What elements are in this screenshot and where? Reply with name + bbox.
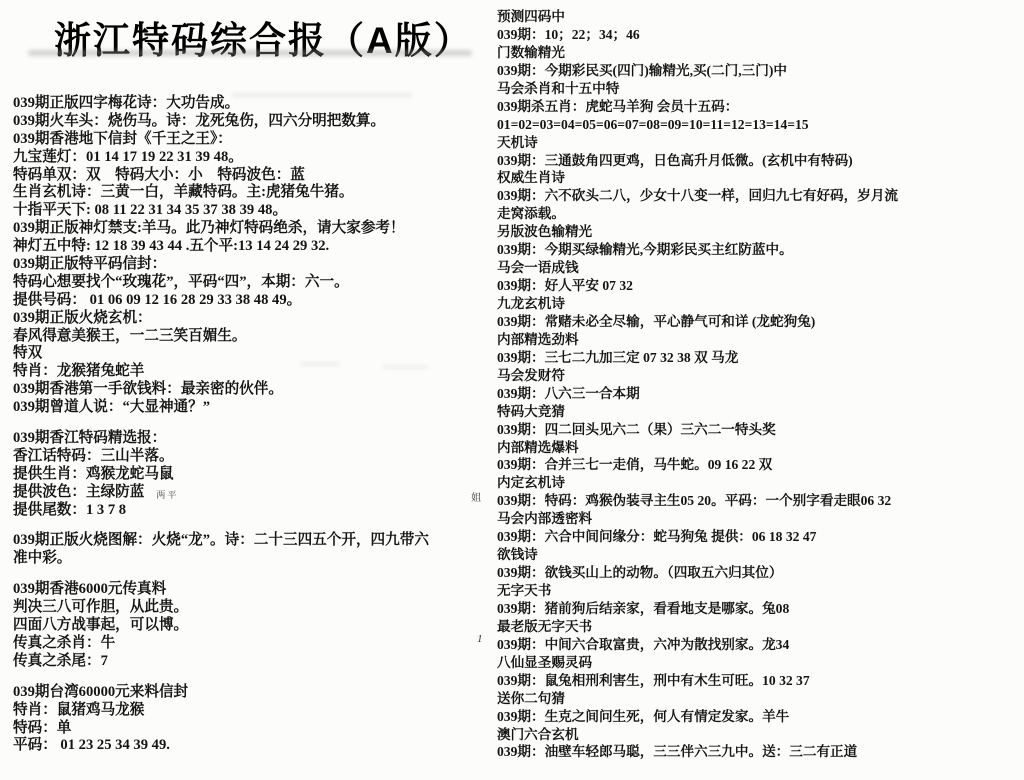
- text-line: 039期：三七二九加三定 07 32 38 双 马龙: [497, 349, 1021, 367]
- text-line: 权威生肖诗: [497, 169, 1021, 187]
- text-line: 039期：中间六合取富贵，六冲为散找别家。龙34: [497, 636, 1021, 654]
- text-line: 四面八方战事起，可以博。: [13, 617, 509, 635]
- text-line: 特肖：龙猴猪兔蛇羊: [13, 363, 509, 381]
- text-line: 准中彩。: [13, 550, 509, 568]
- text-line: 特双: [13, 345, 509, 363]
- text-line: 生肖玄机诗：三黄一白，羊藏特码。主:虎猪兔牛猪。: [13, 184, 509, 202]
- text-line: 039期香港第一手欲钱料：最亲密的伙伴。: [13, 381, 509, 399]
- text-line: 九龙玄机诗: [497, 295, 1021, 313]
- text-line: 039期：鼠兔相刑利害生，刑中有木生可旺。10 32 37: [497, 672, 1021, 690]
- text-line: 内部精选爆料: [497, 439, 1021, 457]
- text-line: 特肖：鼠猪鸡马龙猴: [13, 702, 509, 720]
- handwritten-margin-mark: 姐: [471, 489, 481, 504]
- text-line: 039期杀五肖：虎蛇马羊狗 会员十五码：: [497, 98, 1021, 116]
- text-line: 八仙显圣赐灵码: [497, 654, 1021, 672]
- text-line: 039期：10；22；34；46: [497, 26, 1021, 44]
- right-column: 预测四码中 039期：10；22；34；46 门数输精光 039期：今期彩民买(…: [497, 8, 1021, 761]
- text-line: 039期：特码：鸡猴伪装寻主生05 20。平码：一个别字看走眼06 32: [497, 492, 1021, 510]
- text-line: 十指平天下: 08 11 22 31 34 35 37 38 39 48。: [13, 202, 509, 220]
- handwritten-margin-mark: 1: [477, 633, 483, 645]
- text-line: 039期：六合中间问缘分：蛇马狗兔 提供：06 18 32 47: [497, 528, 1021, 546]
- text-line: 039期：合并三七一走俏，马牛蛇。09 16 22 双: [497, 456, 1021, 474]
- text-line: 039期香港地下信封《千王之王》：: [13, 131, 509, 149]
- text-line: 预测四码中: [497, 8, 1021, 26]
- text-line: 平码： 01 23 25 34 39 49.: [13, 737, 509, 755]
- text-line: 039期曾道人说：“大显神通？”: [13, 399, 509, 417]
- text-line: 039期香港6000元传真料: [13, 581, 509, 599]
- text-line: 039期：油壁车轻郎马聪，三三伴六三九中。送：三二有正道: [497, 743, 1021, 761]
- text-line: 春风得意美猴王，一二三笑百媚生。: [13, 328, 509, 346]
- text-line: 门数输精光: [497, 44, 1021, 62]
- text-line: 欲钱诗: [497, 546, 1021, 564]
- text-line: 039期火车头：烧伤马。诗：龙死兔伤，四六分明把数算。: [13, 113, 509, 131]
- text-line: 马会内部透密料: [497, 510, 1021, 528]
- text-line: 039期：欲钱买山上的动物。（四取五六归其位）: [497, 564, 1021, 582]
- text-line: 判决三八可作胆，从此贵。: [13, 599, 509, 617]
- text-line: 九宝莲灯：01 14 17 19 22 31 39 48。: [13, 149, 509, 167]
- text-line: 039期：四二回头见六二（果）三六二一特头奖: [497, 421, 1021, 439]
- text-line: 马会杀肖和十五中特: [497, 80, 1021, 98]
- text-line: 提供尾数：1 3 7 8: [13, 502, 509, 520]
- text-line: 039期：三通鼓角四更鸡，日色高升月低微。(玄机中有特码): [497, 152, 1021, 170]
- text-line: 039期正版特平码信封：: [13, 256, 509, 274]
- liangping-annotation: 两平: [156, 490, 178, 500]
- text-line: 特码大竞猜: [497, 403, 1021, 421]
- text-line: 特码单双：双 特码大小：小 特码波色：蓝: [13, 167, 509, 185]
- text-line: 特码：单: [13, 720, 509, 738]
- text-line: 039期正版火烧玄机：: [13, 310, 509, 328]
- text-line: 039期香江特码精选报：: [13, 430, 509, 448]
- text-line: 039期正版四字梅花诗：大功告成。: [13, 95, 509, 113]
- text-line: 送你二句猜: [497, 690, 1021, 708]
- text-line: 马会发财符: [497, 367, 1021, 385]
- text-line: 039期：今期彩民买(四门)输精光,买(二门,三门)中: [497, 62, 1021, 80]
- text-line: 特码心想要找个“玫瑰花”，平码“四”，本期：六一。: [13, 274, 509, 292]
- text-line: 澳门六合玄机: [497, 726, 1021, 744]
- text-line: 039期：好人平安 07 32: [497, 277, 1021, 295]
- text-line: 提供号码： 01 06 09 12 16 28 29 33 38 48 49。: [13, 292, 509, 310]
- text-line: 内定玄机诗: [497, 474, 1021, 492]
- text-line: 039期：六不砍头二八，少女十八变一样，回归九七有好码，岁月流: [497, 187, 1021, 205]
- text-line: 039期：生克之间问生死，何人有情定发家。羊牛: [497, 708, 1021, 726]
- text-line: 传真之杀尾：7: [13, 653, 509, 671]
- text-line: 039期：猪前狗后结亲家，看看地支是哪家。兔08: [497, 600, 1021, 618]
- text-line: 039期：今期买绿输精光,今期彩民买主红防蓝中。: [497, 241, 1021, 259]
- text-line: 另版波色输精光: [497, 223, 1021, 241]
- left-column: 039期正版四字梅花诗：大功告成。 039期火车头：烧伤马。诗：龙死兔伤，四六分…: [13, 95, 509, 755]
- text-line: 神灯五中特: 12 18 39 43 44 .五个平:13 14 24 29 3…: [13, 238, 509, 256]
- text-line: 01=02=03=04=05=06=07=08=09=10=11=12=13=1…: [497, 116, 1021, 134]
- text-line: 最老版无字天书: [497, 618, 1021, 636]
- text-line: 马会一语成钱: [497, 259, 1021, 277]
- text-line: 香江话特码：三山半落。: [13, 448, 509, 466]
- text-line-label: 提供波色：主绿防蓝: [13, 484, 144, 500]
- scanned-lottery-sheet: 浙江特码综合报（A版） 039期正版四字梅花诗：大功告成。 039期火车头：烧伤…: [0, 0, 1024, 780]
- text-line: 039期：常赌未必全尽输，平心静气可和详 (龙蛇狗兔): [497, 313, 1021, 331]
- scan-smudge-under-title: [28, 50, 472, 56]
- text-line: 039期台湾60000元来料信封: [13, 684, 509, 702]
- text-line: 039期正版神灯禁支:羊马。此乃神灯特码绝杀，请大家参考！: [13, 220, 509, 238]
- text-line: 提供波色：主绿防蓝两平: [13, 484, 509, 502]
- text-line: 039期：八六三一合本期: [497, 385, 1021, 403]
- text-line: 走窝添载。: [497, 205, 1021, 223]
- text-line: 内部精选劲料: [497, 331, 1021, 349]
- text-line: 039期正版火烧图解：火烧“龙”。诗：二十三四五个开，四九带六: [13, 532, 509, 550]
- text-line: 天机诗: [497, 134, 1021, 152]
- text-line: 提供生肖：鸡猴龙蛇马鼠: [13, 466, 509, 484]
- text-line: 无字天书: [497, 582, 1021, 600]
- text-line: 传真之杀肖：牛: [13, 635, 509, 653]
